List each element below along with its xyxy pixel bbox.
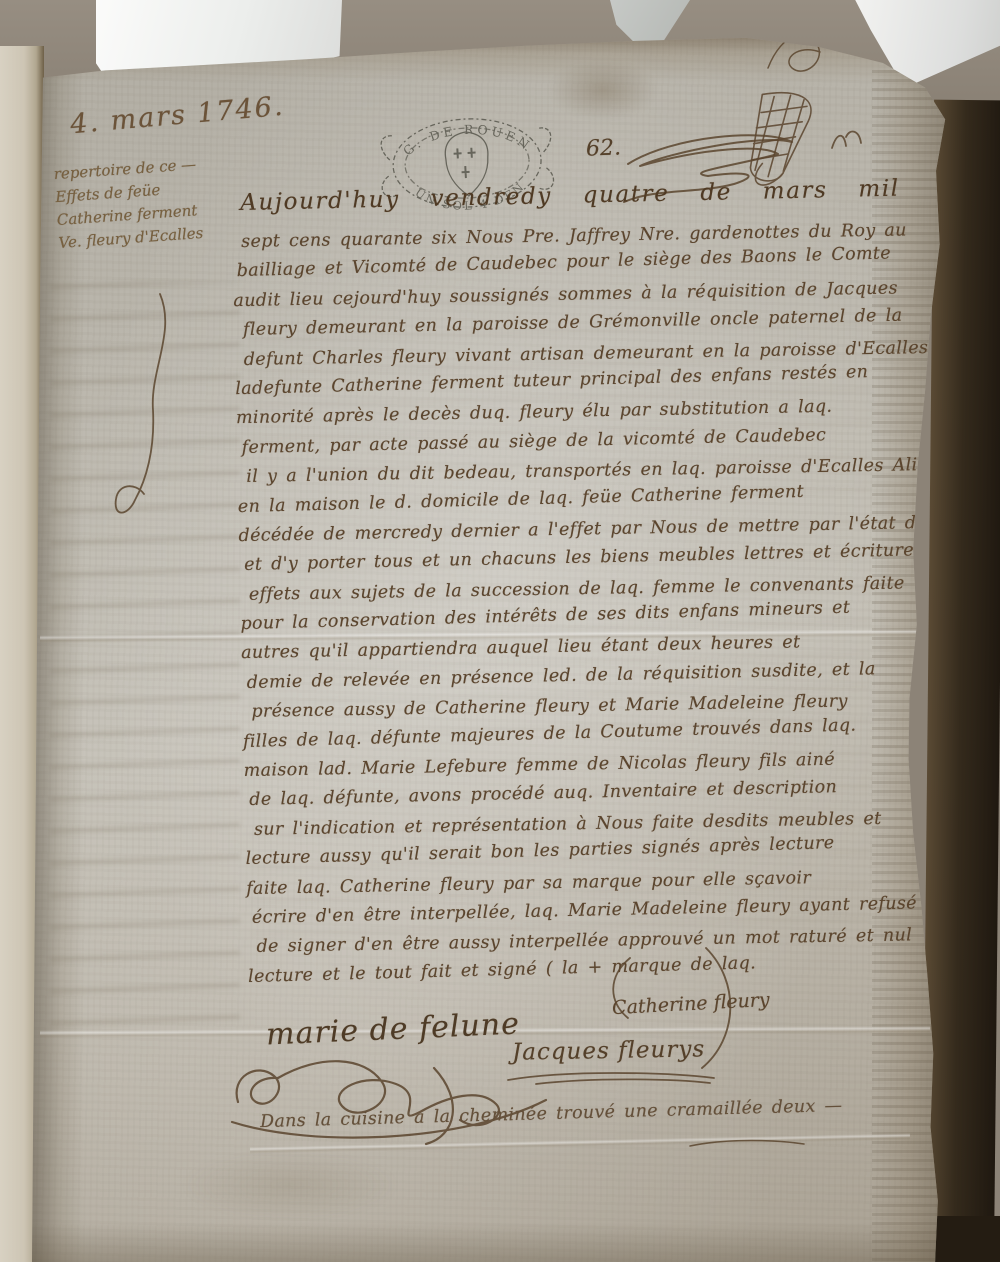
signature-underline-flourish bbox=[506, 1068, 720, 1088]
svg-text:G. DE ROUEN: G. DE ROUEN bbox=[399, 118, 536, 160]
margin-date: 4. mars 1746. bbox=[69, 91, 286, 141]
margin-note: repertoire de ce — Effets de feüe Cather… bbox=[53, 153, 204, 255]
signature-jacques: Jacques fleurys bbox=[512, 1036, 706, 1065]
notary-paraph-signature bbox=[224, 1050, 558, 1150]
stamp-top-text: G. DE ROUEN bbox=[399, 118, 536, 160]
paper-stain bbox=[180, 1150, 400, 1220]
signature-marie: marie de felune bbox=[265, 1006, 520, 1052]
pen-mark bbox=[828, 124, 868, 156]
page-content: 4. mars 1746. repertoire de ce — Effets … bbox=[0, 0, 1000, 1262]
word-underline-flourish bbox=[688, 1136, 808, 1152]
fleur-de-lis-icon bbox=[453, 148, 477, 179]
margin-paraph-flourish bbox=[104, 288, 184, 528]
mark-paren-close bbox=[700, 946, 746, 1072]
manuscript-page: 4. mars 1746. repertoire de ce — Effets … bbox=[32, 36, 947, 1262]
act-body-text: Aujourd'huy vendredy quatre de mars mil … bbox=[240, 175, 947, 996]
page-bottom-shadow bbox=[32, 1222, 947, 1262]
paper-stain bbox=[548, 60, 658, 120]
